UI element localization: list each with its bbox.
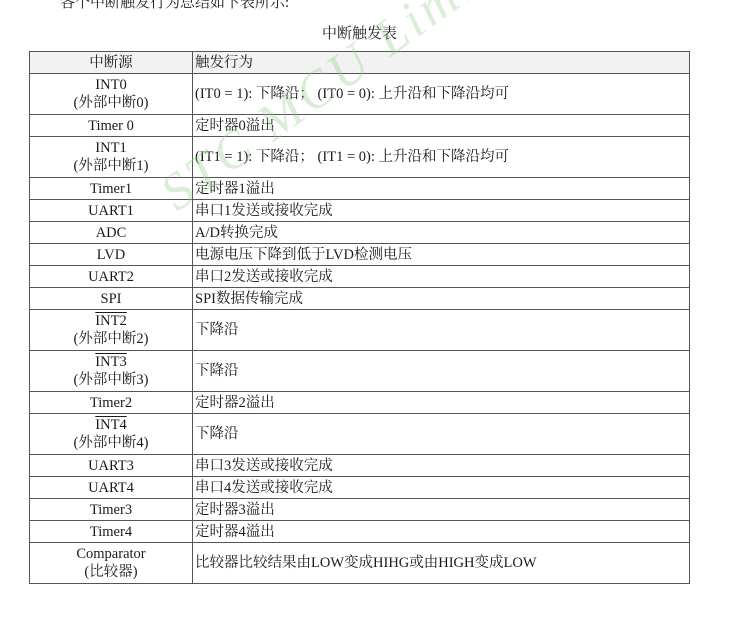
source-sub: (外部中断3): [74, 372, 149, 388]
source-sub: (外部中断2): [74, 331, 149, 347]
behavior-cell: 串口2发送或接收完成: [193, 266, 690, 288]
behavior-cell: 比较器比较结果由LOW变成HIHG或由HIGH变成LOW: [193, 543, 690, 584]
table-row: UART1 串口1发送或接收完成: [30, 200, 690, 222]
source-cell: Timer1: [30, 178, 193, 200]
source-name: INT1: [95, 140, 126, 156]
behavior-cell: 定时器0溢出: [193, 115, 690, 137]
source-cell: UART4: [30, 477, 193, 499]
source-sub: (外部中断4): [74, 435, 149, 451]
table-row: INT2(外部中断2) 下降沿: [30, 310, 690, 351]
source-cell: UART1: [30, 200, 193, 222]
source-cell: INT3(外部中断3): [30, 351, 193, 392]
table-row: INT4(外部中断4) 下降沿: [30, 414, 690, 455]
source-name: INT3: [95, 354, 126, 370]
table-row: Timer4 定时器4溢出: [30, 521, 690, 543]
table-row: INT0(外部中断0) (IT0 = 1): 下降沿； (IT0 = 0): 上…: [30, 74, 690, 115]
table-row: SPI SPI数据传输完成: [30, 288, 690, 310]
source-cell: Comparator(比较器): [30, 543, 193, 584]
table-row: INT3(外部中断3) 下降沿: [30, 351, 690, 392]
source-cell: INT2(外部中断2): [30, 310, 193, 351]
behavior-cell: (IT0 = 1): 下降沿； (IT0 = 0): 上升沿和下降沿均可: [193, 74, 690, 115]
behavior-cell: 下降沿: [193, 414, 690, 455]
source-cell: SPI: [30, 288, 193, 310]
table-row: LVD 电源电压下降到低于LVD检测电压: [30, 244, 690, 266]
table-header-row: 中断源 触发行为: [30, 52, 690, 74]
source-cell: Timer 0: [30, 115, 193, 137]
header-source: 中断源: [30, 52, 193, 74]
table-row: Timer 0 定时器0溢出: [30, 115, 690, 137]
behavior-cell: (IT1 = 1): 下降沿； (IT1 = 0): 上升沿和下降沿均可: [193, 137, 690, 178]
behavior-cell: 串口4发送或接收完成: [193, 477, 690, 499]
source-cell: Timer3: [30, 499, 193, 521]
interrupt-trigger-table: 中断源 触发行为 INT0(外部中断0) (IT0 = 1): 下降沿； (IT…: [29, 51, 690, 584]
table-caption: 中断触发表: [0, 22, 719, 43]
table-row: INT1(外部中断1) (IT1 = 1): 下降沿； (IT1 = 0): 上…: [30, 137, 690, 178]
table-row: UART3 串口3发送或接收完成: [30, 455, 690, 477]
intro-text: 各个中断触发行为总结如下表所示:: [60, 0, 289, 12]
header-behavior: 触发行为: [193, 52, 690, 74]
source-cell: INT0(外部中断0): [30, 74, 193, 115]
table-row: Timer2 定时器2溢出: [30, 392, 690, 414]
source-sub: (外部中断1): [74, 158, 149, 174]
behavior-cell: 电源电压下降到低于LVD检测电压: [193, 244, 690, 266]
table-row: Timer1 定时器1溢出: [30, 178, 690, 200]
table-row: UART2 串口2发送或接收完成: [30, 266, 690, 288]
table-row: UART4 串口4发送或接收完成: [30, 477, 690, 499]
behavior-cell: SPI数据传输完成: [193, 288, 690, 310]
behavior-cell: A/D转换完成: [193, 222, 690, 244]
behavior-cell: 下降沿: [193, 351, 690, 392]
source-sub: (外部中断0): [74, 95, 149, 111]
behavior-cell: 定时器2溢出: [193, 392, 690, 414]
source-name: Comparator: [76, 546, 145, 562]
source-cell: UART3: [30, 455, 193, 477]
source-cell: Timer4: [30, 521, 193, 543]
source-cell: Timer2: [30, 392, 193, 414]
behavior-cell: 定时器3溢出: [193, 499, 690, 521]
source-cell: INT4(外部中断4): [30, 414, 193, 455]
source-cell: ADC: [30, 222, 193, 244]
source-cell: INT1(外部中断1): [30, 137, 193, 178]
behavior-cell: 定时器4溢出: [193, 521, 690, 543]
table-row: ADC A/D转换完成: [30, 222, 690, 244]
source-name: INT2: [95, 313, 126, 329]
source-cell: LVD: [30, 244, 193, 266]
source-cell: UART2: [30, 266, 193, 288]
source-sub: (比较器): [84, 564, 137, 580]
table-row: Timer3 定时器3溢出: [30, 499, 690, 521]
behavior-cell: 定时器1溢出: [193, 178, 690, 200]
behavior-cell: 下降沿: [193, 310, 690, 351]
source-name: INT0: [95, 77, 126, 93]
behavior-cell: 串口1发送或接收完成: [193, 200, 690, 222]
table-row: Comparator(比较器) 比较器比较结果由LOW变成HIHG或由HIGH变…: [30, 543, 690, 584]
behavior-cell: 串口3发送或接收完成: [193, 455, 690, 477]
source-name: INT4: [95, 417, 126, 433]
